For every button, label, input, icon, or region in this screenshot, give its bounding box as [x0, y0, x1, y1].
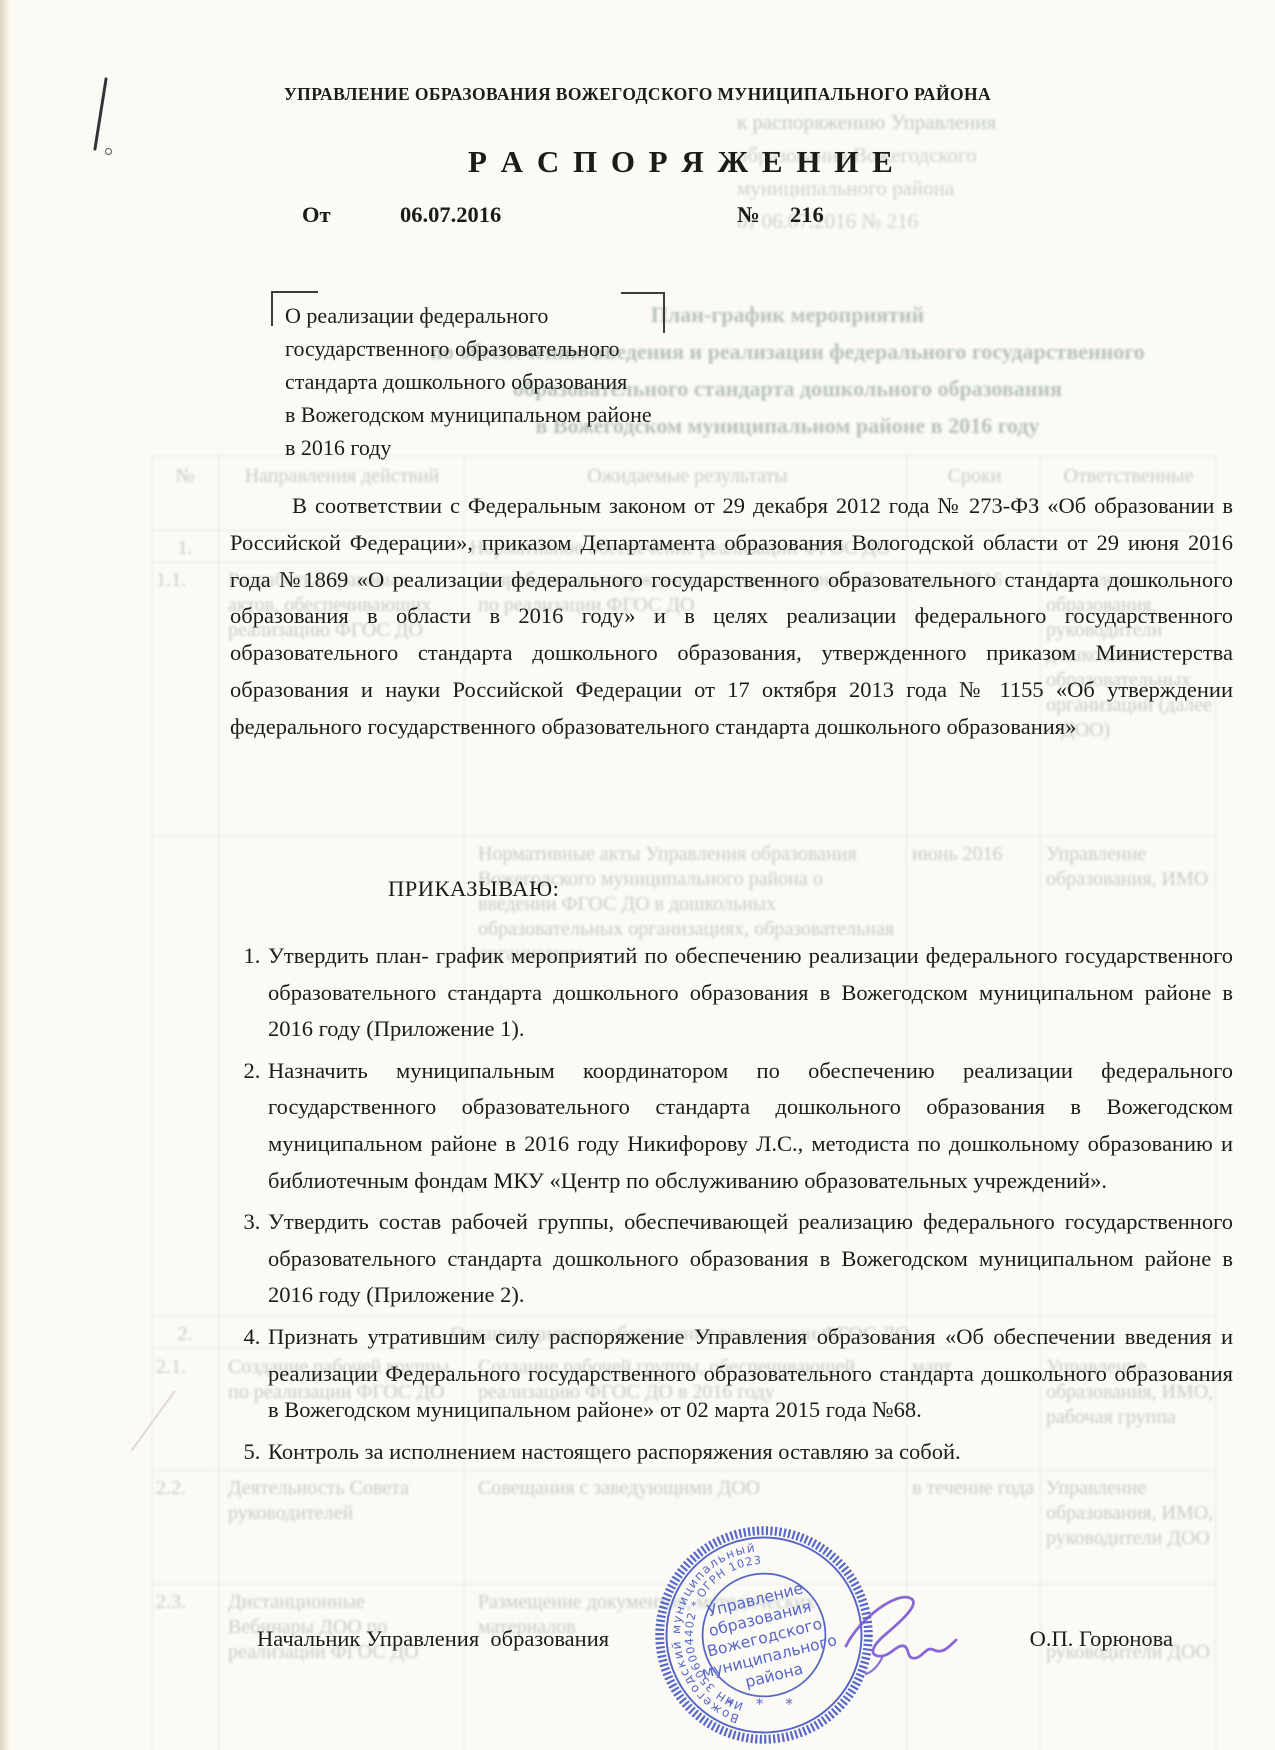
- date-label: От: [302, 202, 331, 228]
- intro-paragraph: В соответствии с Федеральным законом от …: [230, 488, 1233, 746]
- pen-stroke-dot: [105, 148, 112, 155]
- bleedthrough-text: Деятельность Совета руководителей: [228, 1476, 453, 1526]
- document-type-title: Р А С П О Р Я Ж Е Н И Е: [468, 144, 896, 180]
- bleedthrough-text: Ответственные: [1046, 464, 1211, 489]
- order-item: Назначить муниципальным координатором по…: [266, 1053, 1233, 1199]
- order-items: Утвердить план- график мероприятий по об…: [230, 938, 1233, 1475]
- bleedthrough-text: 2.3.: [156, 1590, 211, 1615]
- number-label: №: [737, 202, 760, 228]
- bleedthrough-text: 2.1.: [156, 1355, 211, 1380]
- bleedthrough-text: к распоряжению Управления: [737, 106, 1157, 139]
- signatory-name: О.П. Горюнова: [1030, 1626, 1173, 1652]
- subject-line: стандарта дошкольного образования: [285, 365, 685, 398]
- order-item: Утвердить состав рабочей группы, обеспеч…: [266, 1204, 1233, 1314]
- signatory-position: Начальник Управления образования: [257, 1626, 609, 1652]
- order-item: Утвердить план- график мероприятий по об…: [266, 938, 1233, 1048]
- bleedthrough-text: июнь 2016: [912, 842, 1034, 867]
- bleedthrough-text: 2.: [160, 1322, 210, 1347]
- resolve-word: ПРИКАЗЫВАЮ:: [388, 876, 559, 902]
- scan-edge-shadow: [0, 0, 10, 1750]
- scanned-document-page: { "document": { "org_header": "УПРАВЛЕНИ…: [0, 0, 1275, 1750]
- order-item: Контроль за исполнением настоящего распо…: [266, 1434, 1233, 1471]
- bleedthrough-text: Сроки: [912, 464, 1037, 489]
- date-value: 06.07.2016: [400, 202, 501, 228]
- bleedthrough-table-line: [218, 455, 219, 1750]
- bleedthrough-text: Совещания с заведующими ДОО: [478, 1476, 898, 1501]
- stamp-asterisks: * * *: [726, 1696, 801, 1713]
- bleedthrough-text: в течение года: [912, 1476, 1034, 1501]
- bleedthrough-text: 1.1.: [156, 568, 211, 593]
- bleedthrough-text: Управление образования, ИМО, руководител…: [1046, 1476, 1214, 1551]
- scratch-mark: [130, 1390, 175, 1451]
- bleedthrough-table-line: [152, 836, 1215, 837]
- handwritten-signature: [838, 1588, 968, 1688]
- bleedthrough-text: №: [160, 464, 210, 489]
- bleedthrough-text: 1.: [160, 536, 210, 561]
- bleedthrough-text: 2.2.: [156, 1476, 211, 1501]
- subject-block: О реализации федерального государственно…: [285, 299, 685, 464]
- subject-line: в 2016 году: [285, 431, 685, 464]
- number-value: 216: [790, 202, 824, 228]
- subject-line: О реализации федерального: [285, 299, 685, 332]
- subject-line: государственного образовательного: [285, 332, 685, 365]
- bleedthrough-text: Направления действий: [232, 464, 452, 489]
- subject-line: в Вожегодском муниципальном районе: [285, 398, 685, 431]
- organization-header: УПРАВЛЕНИЕ ОБРАЗОВАНИЯ ВОЖЕГОДСКОГО МУНИ…: [0, 84, 1275, 105]
- order-item: Признать утратившим силу распоряжение Уп…: [266, 1319, 1233, 1429]
- bleedthrough-table-line: [152, 455, 153, 1750]
- bleedthrough-text: Управление образования, ИМО: [1046, 842, 1214, 892]
- bleedthrough-text: Ожидаемые результаты: [480, 464, 895, 489]
